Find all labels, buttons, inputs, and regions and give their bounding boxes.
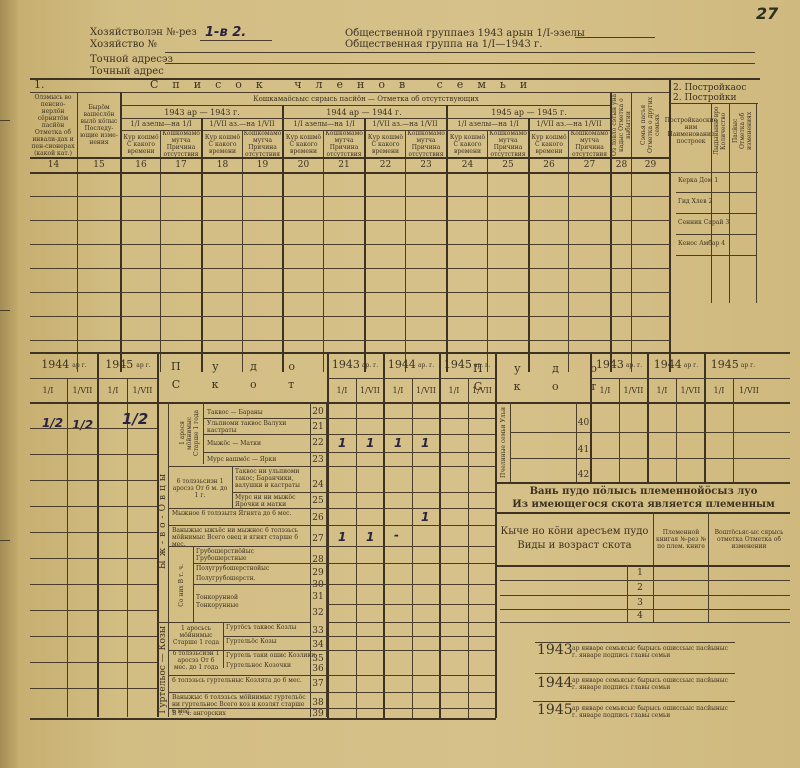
group-goats-label: Гуртельӧс — Козы bbox=[160, 626, 167, 714]
group-label-ru: Общественная группа на 1/I—1943 г. bbox=[345, 40, 542, 50]
row-41: 41 bbox=[577, 443, 590, 457]
right-1945-jan: 1/I bbox=[706, 380, 732, 400]
subgroup-goat-old: 1 аросьсь мӧйнимыс Старше 1 года bbox=[170, 624, 222, 646]
col14-header: Олэмысь во пенсио-нерлӧн сёрнитӧм пасйӧн… bbox=[30, 93, 76, 157]
col15-header: Бырӧм вашеслӧн вылӧ кӧлыс Последу-ющие и… bbox=[78, 93, 120, 157]
breeding-row: 2 bbox=[628, 582, 652, 594]
breeding-title-ru: Из имеющегося скота является племенным bbox=[497, 499, 790, 511]
row-num: 28 bbox=[311, 553, 325, 567]
period-1943-jan: 1/I азелы—на 1/I bbox=[122, 119, 200, 129]
buildings-col-count: Лыдыныны вро Количество bbox=[713, 105, 727, 157]
row-36-label: Гуртельнос Козочки bbox=[226, 662, 291, 669]
subgroup-ewes: 1 арося мӧйнимыс Старше 1 года bbox=[179, 404, 200, 462]
page-number: 27 bbox=[756, 4, 778, 23]
colnum: 29 bbox=[632, 159, 669, 171]
column-numbers-row: 14 15 16 17 18 19 20 21 22 23 24 25 26 2… bbox=[30, 159, 670, 171]
row-num: 21 bbox=[311, 420, 325, 434]
breeding-col-book: Племенной книгая №-рез № по плем. книге bbox=[654, 514, 708, 564]
row-39-label: В т. ч. ангорских bbox=[172, 710, 226, 717]
row-num: 22 bbox=[311, 436, 325, 450]
mid-year-1943: 1943ар. г. bbox=[329, 356, 381, 374]
mark: 1 bbox=[421, 510, 429, 524]
left-1944-jul: 1/VII bbox=[68, 380, 97, 400]
colnum: 20 bbox=[284, 159, 323, 171]
mark: 1 bbox=[421, 436, 429, 450]
row-28-label: Грубошерстиӧйыс Грубошерстные bbox=[196, 548, 296, 562]
right-livestock-title-komi: П у д о bbox=[497, 362, 587, 376]
row-40: 40 bbox=[577, 416, 590, 430]
colnum: 27 bbox=[569, 159, 610, 171]
year-1944: 1944 ар — 1944 г. bbox=[284, 106, 444, 118]
group-sheep-label: Ыж-вӧ-Овцы bbox=[160, 470, 167, 569]
row-31-label: Тонкорунной bbox=[196, 594, 296, 601]
row-26-label: Мыжное 6 толэзытя Ягнята до 6 мес. bbox=[172, 510, 308, 517]
sub-since-24: Кур кошмӧ С какого времени bbox=[448, 131, 487, 157]
buildings-col-name: Постройкаоские ним Наименование построек bbox=[672, 105, 710, 157]
beehives-label: Пчелиные семьи Ульи bbox=[500, 407, 507, 478]
buildings-col-note: Пасйыс Отметка об изменениях bbox=[732, 105, 753, 157]
row-num: 37 bbox=[311, 677, 325, 691]
signature-year-1944: 1944 bbox=[537, 678, 573, 688]
livestock-title-ru: С к о т bbox=[160, 378, 320, 392]
right-year-1943: 1943ар. г. bbox=[592, 356, 646, 374]
row-35-label: Гуртель таки ошис Козлики bbox=[226, 652, 315, 659]
left-year-1945: 1945ар г. bbox=[99, 356, 157, 374]
row-num: 25 bbox=[311, 494, 325, 508]
signature-year-1943: 1943 bbox=[537, 645, 573, 655]
breeding-row: 4 bbox=[628, 611, 652, 621]
signature-1944-line2: г. январе подпись главы семьи bbox=[572, 684, 670, 691]
row-34-label: Гуртельӧс Козы bbox=[226, 638, 276, 645]
sub-reason-21: Кошкомамо мутча Причина отсутствия bbox=[324, 131, 364, 157]
row-33-label: Гуртӧсъ таквос Козлы bbox=[226, 624, 296, 631]
row-37-label: 6 толэзьсь гуртельныс Козлята до 6 мес. bbox=[172, 677, 308, 684]
mid-year-1944: 1944ар. г. bbox=[385, 356, 437, 374]
period-1945-jul: 1/VII аз.—на 1/VII bbox=[529, 119, 609, 129]
colnum: 25 bbox=[488, 159, 528, 171]
sub-since-16: Кур кошмӧ С какого времени bbox=[122, 131, 160, 157]
household-no-label-ru: Хозяйство № bbox=[90, 40, 157, 50]
handwritten-fraction: 1/2 bbox=[122, 410, 148, 428]
row-num: 32 bbox=[311, 606, 325, 620]
subgroup-goat-young: 6 толэзьсиэн 1 аросэз От 6 мес. до 1 год… bbox=[170, 652, 222, 668]
colnum: 28 bbox=[612, 159, 631, 171]
left-1944-jan: 1/I bbox=[30, 380, 66, 400]
breeding-title-komi: Вань пудо пӧлысь племеннойӧсыз луо bbox=[497, 486, 790, 498]
colnum: 21 bbox=[324, 159, 364, 171]
colnum: 26 bbox=[530, 159, 568, 171]
sub-reason-27: Кошкомамо мутча Причина отсутствия bbox=[569, 131, 610, 157]
row-22-label: Мыжӧс — Матки bbox=[207, 440, 261, 447]
mark: 1 bbox=[366, 530, 374, 544]
breeding-col-kind: Кыче но кӧни аресъем пудо Виды и возраст… bbox=[497, 514, 652, 564]
building-house: Керка Дом 1 bbox=[678, 177, 718, 184]
household-no-value: 1-в 2. bbox=[205, 25, 246, 40]
row-23-label: Мурс вашмӧс — Ярки bbox=[207, 456, 276, 463]
sub-reason-25: Кошкомамо мутча Причина отсутствия bbox=[488, 131, 528, 157]
row-num: 23 bbox=[311, 453, 325, 467]
row-21-label: Ульпиоми таквос Валухи кастраты bbox=[207, 420, 307, 434]
period-1944-jul: 1/VII аз.—на 1/VII bbox=[365, 119, 445, 129]
sub-reason-19: Кошкомамо мутча Причина отсутствия bbox=[243, 131, 282, 157]
row-num: 26 bbox=[311, 511, 325, 525]
building-shed: Сенник Сарай 3 bbox=[678, 219, 729, 226]
section-number: 1. bbox=[34, 80, 45, 90]
mark: 1 bbox=[366, 436, 374, 450]
building-granary: Кенос Амбар 4 bbox=[678, 240, 725, 247]
right-year-1945: 1945ар г. bbox=[706, 356, 760, 374]
row-num: 31 bbox=[311, 590, 325, 604]
sub-since-22: Кур кошмӧ С какого времени bbox=[366, 131, 405, 157]
colnum: 19 bbox=[243, 159, 282, 171]
right-1943-jan: 1/I bbox=[592, 380, 618, 400]
row-27-label: Ваныжыс ыжъёс ни мыжнос 6 толэзьсь мӧйни… bbox=[172, 527, 308, 548]
row-32-label: Тонкорунные bbox=[196, 602, 296, 609]
group-label-komi: Общественной группаез 1943 арын 1/I-эзел… bbox=[345, 29, 585, 39]
signature-1945-line1: ар январе семьясыс бырысь ошиссьыс пасйы… bbox=[572, 705, 728, 712]
handwritten-fraction: 1/2 bbox=[72, 418, 93, 432]
period-1945-jan: 1/I азелы—на 1/I bbox=[448, 119, 528, 129]
row-20-label: Таквос — Бараны bbox=[207, 409, 263, 416]
subgroup-breed: Со них В т. ч. bbox=[178, 564, 185, 607]
livestock-title-komi: П у д о bbox=[160, 360, 320, 374]
mid-1945-jan: 1/I bbox=[441, 380, 467, 400]
mid-1944-jan: 1/I bbox=[385, 380, 411, 400]
mid-1943-jul: 1/VII bbox=[357, 380, 383, 400]
left-1945-jan: 1/I bbox=[99, 380, 127, 400]
year-1943: 1943 ар — 1943 г. bbox=[122, 106, 282, 118]
colnum: 23 bbox=[406, 159, 446, 171]
breeding-col-note: Воштӧсьяс-ыс сярысь отметка Отметка об и… bbox=[709, 514, 789, 564]
row-29-label: Полугрубошерстнойыс bbox=[196, 565, 296, 572]
left-1945-jul: 1/VII bbox=[128, 380, 157, 400]
row-num: 24 bbox=[311, 478, 325, 492]
sub-reason-23: Кошкомамо мутча Причина отсутствия bbox=[406, 131, 446, 157]
row-num: 29 bbox=[311, 567, 325, 579]
right-1944-jan: 1/I bbox=[649, 380, 675, 400]
sub-since-18: Кур кошмӧ С какого времени bbox=[203, 131, 242, 157]
signature-1944-line1: ар январе семьясыс бырысь ошиссьыс пасйы… bbox=[572, 677, 728, 684]
breeding-row: 3 bbox=[628, 597, 652, 609]
sub-since-26: Кур кошмӧ С какого времени bbox=[530, 131, 568, 157]
subgroup-lambs: 6 толэзьсиэн 1 аросэз От 6 м. до 1 г. bbox=[170, 468, 230, 508]
colnum: 14 bbox=[30, 159, 77, 171]
row-30-label: Полугрубошерстн. bbox=[196, 575, 296, 582]
buildings-title-komi: 2. Постройкаос bbox=[673, 83, 746, 93]
col29-header: Сэмья пасъя Отметка о других семьях bbox=[640, 93, 661, 157]
period-1943-jul: 1/VII аз.—на 1/VII bbox=[202, 119, 282, 129]
buildings-title-ru: 2. Постройки bbox=[673, 93, 737, 103]
absence-header: Кошкамаӧсьыс сярысь пасйӧн — Отметка об … bbox=[122, 93, 610, 105]
year-1945: 1945 ар — 1945 г. bbox=[448, 106, 610, 118]
row-25-label: Мурс ни ни мыжӧс Ярочки и матки bbox=[235, 494, 309, 508]
mid-1943-jan: 1/I bbox=[329, 380, 355, 400]
right-1945-jul: 1/VII bbox=[734, 380, 764, 400]
family-section-title: Список членов семьи bbox=[150, 80, 541, 90]
signature-1945-line2: г. январе подпись главы семьи bbox=[572, 712, 670, 719]
col28-header: Оз ловлӧ сэтын уна кадыс Отметка о выбыт… bbox=[611, 93, 632, 157]
signature-year-1945: 1945 bbox=[537, 705, 573, 715]
address-label-ru: Точный адрес bbox=[90, 67, 164, 77]
row-42: 42 bbox=[577, 468, 590, 482]
right-year-1944: 1944ар г. bbox=[649, 356, 703, 374]
right-1943-jul: 1/VII bbox=[620, 380, 647, 400]
mark: 1 bbox=[394, 436, 402, 450]
row-24-label: Таквос ни ульпиоми такос; Баранчики, вал… bbox=[235, 468, 309, 489]
mark: 1 bbox=[338, 530, 346, 544]
binding-edge bbox=[0, 0, 18, 768]
row-num: 20 bbox=[311, 405, 325, 419]
colnum: 17 bbox=[161, 159, 201, 171]
left-year-1944: 1944ар г. bbox=[32, 356, 96, 374]
address-label-komi: Точной адресэз bbox=[90, 55, 173, 65]
signature-1943-line2: г. январе подпись главы семьи bbox=[572, 652, 670, 659]
colnum: 15 bbox=[78, 159, 120, 171]
mid-1944-jul: 1/VII bbox=[413, 380, 439, 400]
colnum: 16 bbox=[122, 159, 160, 171]
colnum: 18 bbox=[203, 159, 242, 171]
colnum: 24 bbox=[448, 159, 487, 171]
breeding-row: 1 bbox=[628, 567, 652, 579]
mark: - bbox=[394, 528, 399, 542]
document-page: 27 Хозяйстволэн №-рез 1-в 2. Хозяйство №… bbox=[0, 0, 800, 768]
mark: 1 bbox=[338, 436, 346, 450]
row-num: 27 bbox=[311, 532, 325, 546]
signature-1943-line1: ар январе семьясыс бырысь ошиссьыс пасйы… bbox=[572, 645, 728, 652]
right-livestock-title-ru: С к о т bbox=[497, 380, 587, 394]
colnum: 22 bbox=[366, 159, 405, 171]
building-barn: Гид Хлев 2 bbox=[678, 198, 712, 205]
household-no-label-komi: Хозяйстволэн №-рез bbox=[90, 28, 197, 38]
period-1944-jan: 1/I азелы—на 1/I bbox=[284, 119, 364, 129]
right-1944-jul: 1/VII bbox=[677, 380, 704, 400]
sub-reason-17: Кошкомамо мутча Причина отсутствия bbox=[161, 131, 201, 157]
row-num: 36 bbox=[311, 664, 325, 674]
sub-since-20: Кур кошмӧ С какого времени bbox=[284, 131, 323, 157]
